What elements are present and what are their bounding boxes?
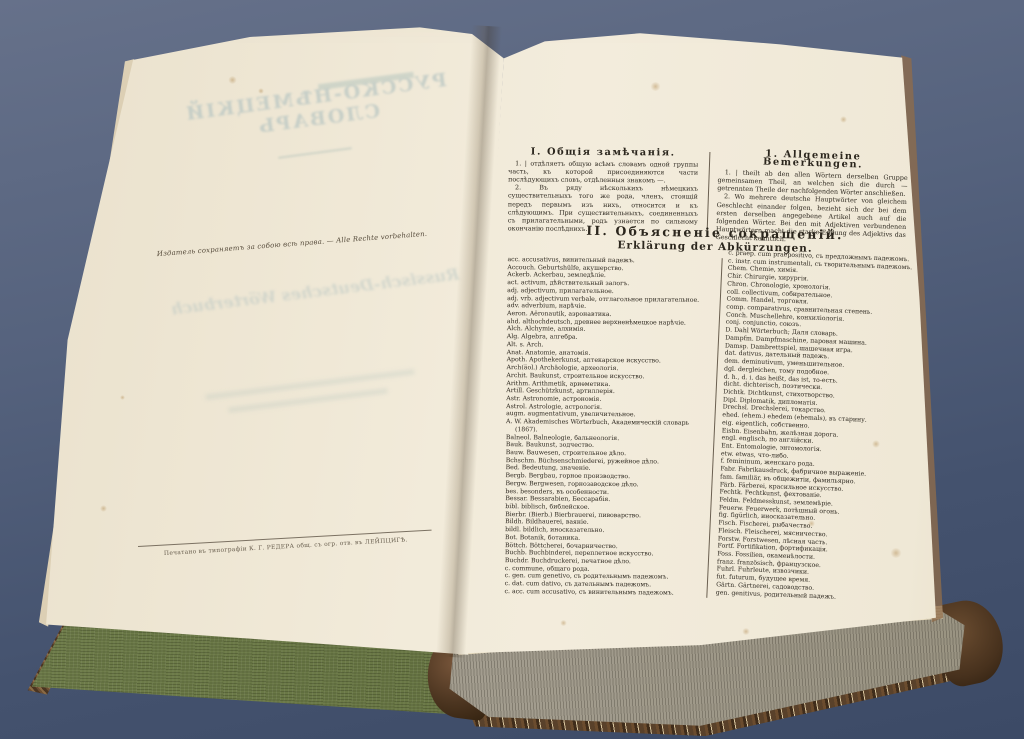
abbreviation-entry: A. W. Akademisches Wörterbuch, Академиче… bbox=[506, 418, 708, 435]
general-remarks-para-ru-1: 1. | отдѣляетъ общую всѣмъ словамъ одной… bbox=[508, 159, 698, 185]
foxing-spot bbox=[650, 82, 661, 91]
foxing-spot bbox=[808, 520, 815, 527]
foxing-spot bbox=[742, 628, 750, 635]
foxing-spot bbox=[890, 548, 902, 558]
general-remarks-russian: I. Общія замѣчанія. 1. | отдѣляетъ общую… bbox=[508, 148, 699, 233]
foxing-spot bbox=[872, 440, 880, 448]
foxing-spot bbox=[228, 76, 237, 84]
foxing-spot bbox=[120, 395, 125, 400]
foxing-spot bbox=[560, 620, 567, 626]
abbreviations-left-column: acc. accusativus, винительный падежъ.Acc… bbox=[505, 256, 710, 597]
general-remarks-heading-ru: I. Общія замѣчанія. bbox=[508, 148, 698, 157]
foxing-spot bbox=[258, 88, 264, 94]
book-photograph: РУССКО-НѢМЕЦКІЙ СЛОВАРЬ Russisch-Deutsch… bbox=[0, 0, 1024, 739]
foxing-spot bbox=[840, 116, 847, 123]
foxing-spot bbox=[100, 505, 107, 512]
